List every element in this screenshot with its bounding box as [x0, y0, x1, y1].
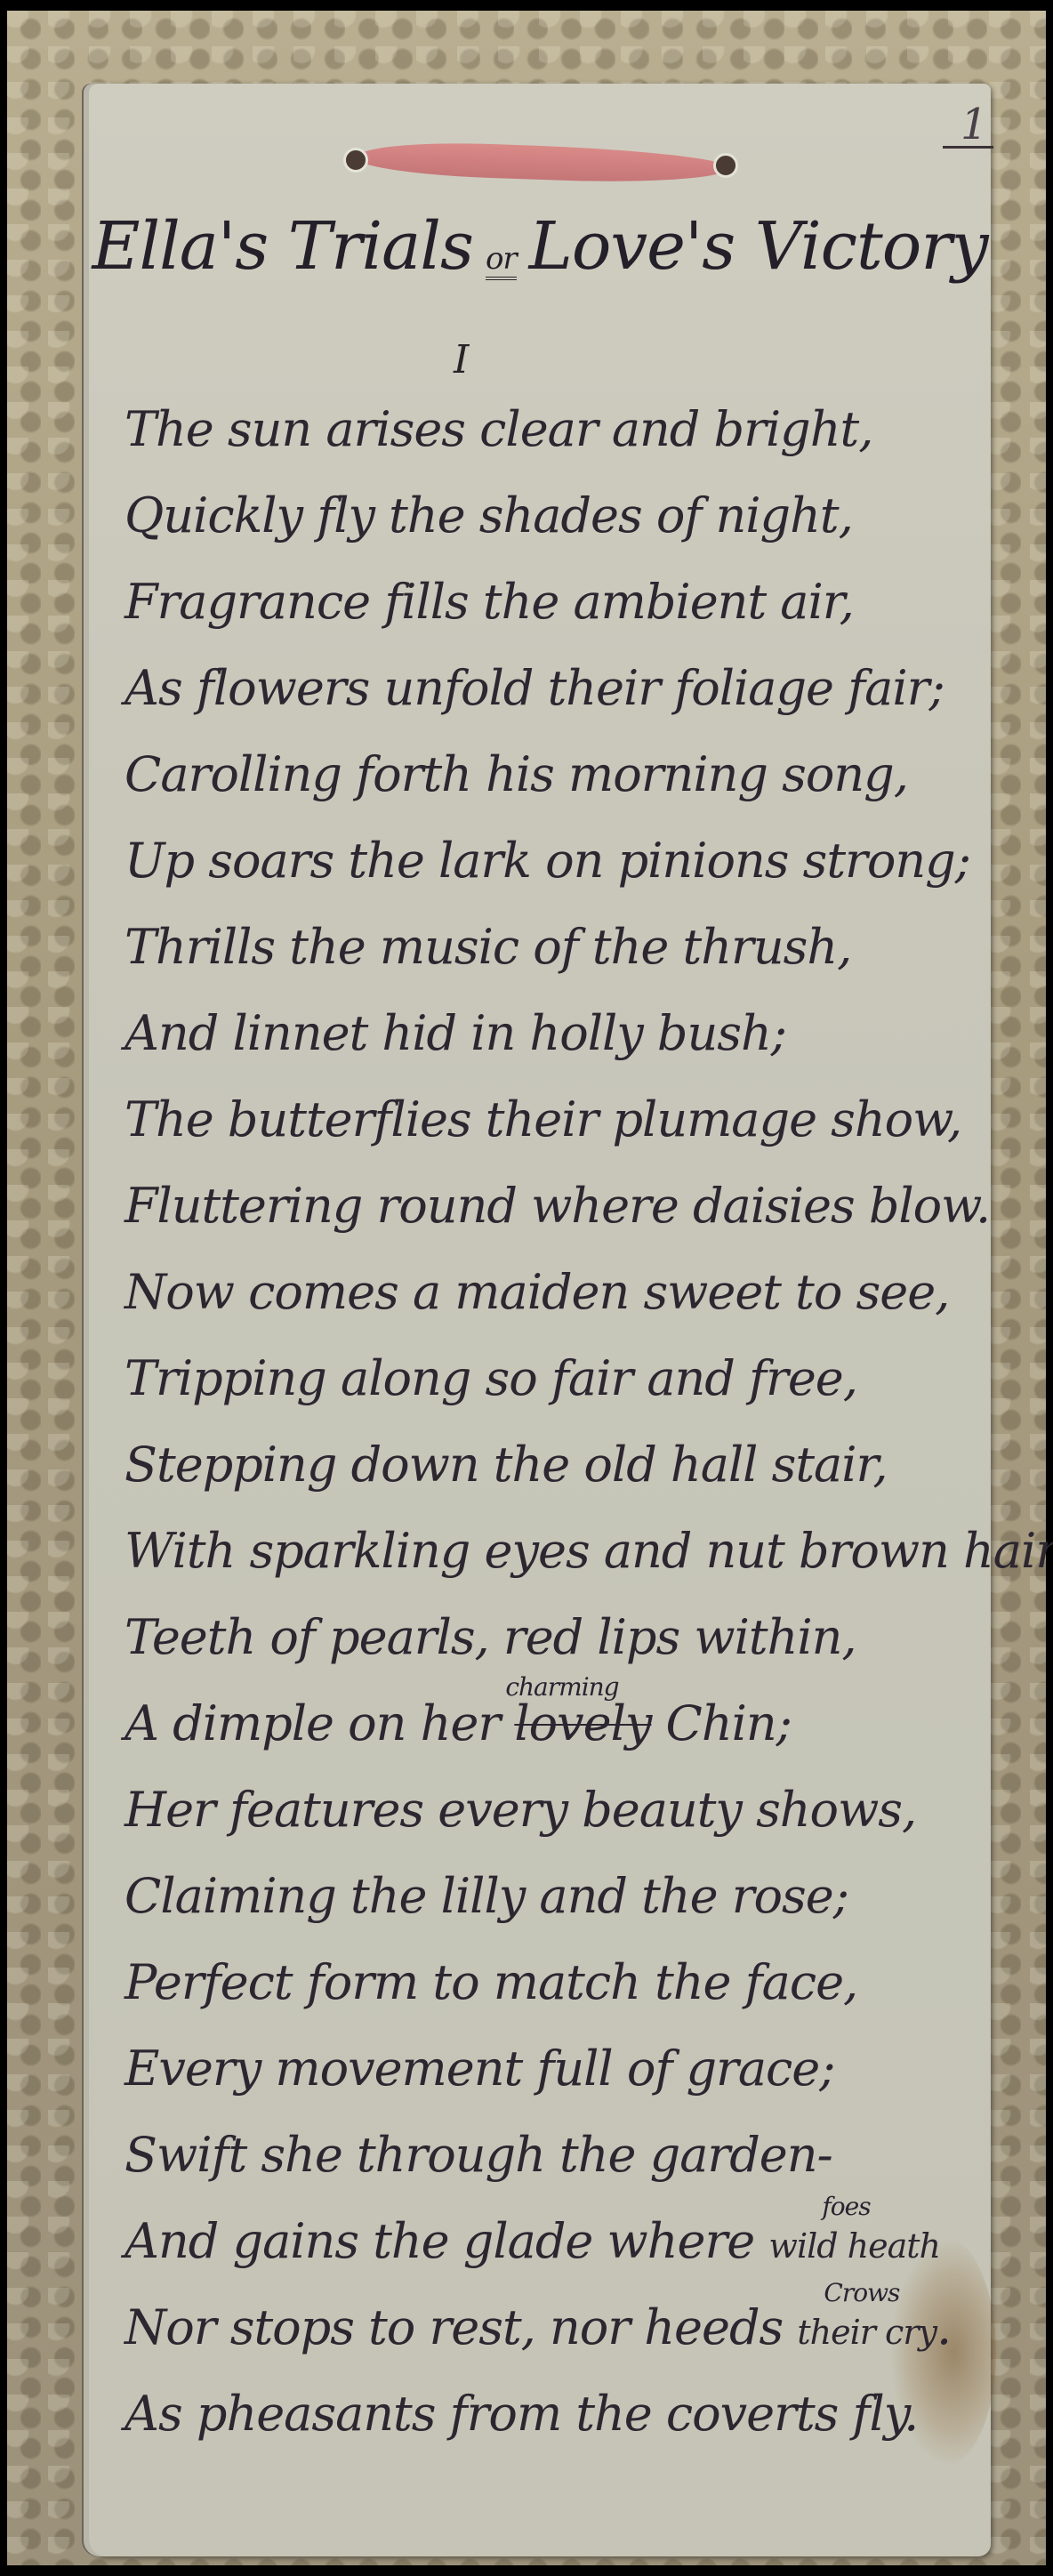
poem-line: The butterflies their plumage show, [125, 1076, 978, 1163]
poem-line: Perfect form to match the face, [125, 1939, 978, 2025]
ribbon-eyelet-left [343, 148, 368, 173]
poem-line: Tripping along so fair and free, [125, 1335, 978, 1421]
poem-title: Ella's TrialsorLove's Victory [89, 208, 991, 285]
poem-line-with-correction: Nor stops to rest, nor heeds Crowstheir … [125, 2284, 978, 2371]
line-text: Nor stops to rest, nor heeds [125, 2299, 797, 2355]
line-text: Chin; [651, 1695, 792, 1751]
replaced-phrase: their cry [797, 2313, 936, 2352]
line-text: A dimple on her [125, 1695, 514, 1751]
poem-line: And linnet hid in holly bush; [125, 990, 978, 1076]
poem-line: As flowers unfold their foliage fair; [125, 645, 978, 731]
poem-line: Carolling forth his morning song, [125, 731, 978, 817]
pink-ribbon-binding [355, 140, 729, 187]
poem-line: Thrills the music of the thrush, [125, 904, 978, 990]
photo-background-carpet: 1 Ella's TrialsorLove's Victory I The su… [7, 11, 1046, 2565]
interlinear-correction: Crows [824, 2281, 899, 2306]
poem-line: Quickly fly the shades of night, [125, 472, 978, 559]
poem-line: Up soars the lark on pinions strong; [125, 817, 978, 904]
ribbon-eyelet-right [713, 153, 738, 178]
line-text: And gains the glade where [125, 2213, 768, 2269]
poem-line: Swift she through the garden- [125, 2112, 978, 2198]
manuscript-card: 1 Ella's TrialsorLove's Victory I The su… [89, 84, 991, 2556]
poem-line: Fragrance fills the ambient air, [125, 559, 978, 645]
poem-line: Fluttering round where daisies blow. [125, 1163, 978, 1249]
line-text: . [936, 2299, 951, 2355]
replaced-phrase: wild heath [768, 2226, 940, 2266]
poem-line: The sun arises clear and bright, [125, 386, 978, 472]
interlinear-correction: foes [822, 2194, 870, 2219]
section-numeral: I [454, 337, 469, 382]
poem-line: As pheasants from the coverts fly. [125, 2371, 978, 2457]
interlinear-correction: charming [505, 1675, 618, 1700]
poem-line: Her features every beauty shows, [125, 1767, 978, 1853]
page-number: 1 [943, 103, 993, 149]
poem-line: Every movement full of grace; [125, 2025, 978, 2112]
title-connector: or [486, 241, 517, 280]
poem-line: Teeth of pearls, red lips within, [125, 1594, 978, 1680]
poem-line-with-correction: A dimple on her charminglovely Chin; [125, 1680, 978, 1767]
poem-line: Stepping down the old hall stair, [125, 1421, 978, 1508]
poem-line: With sparkling eyes and nut brown hair; [125, 1508, 978, 1594]
poem-line-with-correction: And gains the glade where foeswild heath [125, 2198, 978, 2284]
poem-line: Claiming the lilly and the rose; [125, 1853, 978, 1939]
poem-lines: The sun arises clear and bright, Quickly… [125, 386, 978, 2457]
poem-line: Now comes a maiden sweet to see, [125, 1249, 978, 1335]
title-part-1: Ella's Trials [92, 208, 472, 285]
struck-word: lovely [514, 1695, 651, 1751]
title-part-2: Love's Victory [529, 208, 988, 285]
